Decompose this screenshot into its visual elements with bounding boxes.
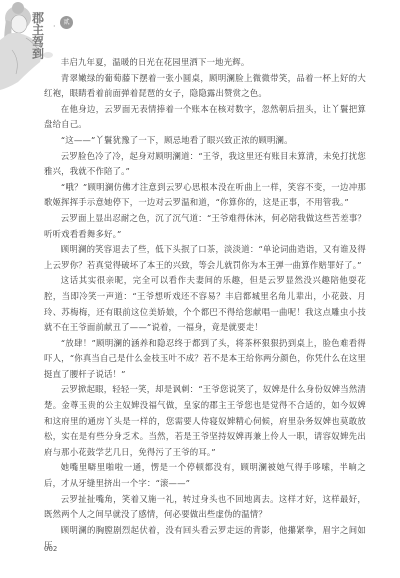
body-text: 丰启九年夏，温暖的日光在花园里洒下一地光辉。 青翠嫩绿的葡萄藤下摆着一张小圆桌，…: [44, 55, 366, 554]
paragraph: “哦？”顾明澜仿佛才注意到云罗心思根本没在听曲上一样，笑容不变，一边冲那歌姬挥挥…: [44, 180, 366, 211]
paragraph: 青翠嫩绿的葡萄藤下摆着一张小圆桌，顾明澜脸上微微带笑，品着一杯上好的大红袍，眼睛…: [44, 71, 366, 102]
paragraph: 云罗脸色冷了冷，起身对顾明澜道：“王爷，我这里还有账目未算清，未免打扰您雅兴，我…: [44, 149, 366, 180]
paragraph: 顾明澜的胸膛剧烈起伏着，没有回头看云罗走远的背影，他攥紧拳，眉宇之间如压: [44, 523, 366, 554]
page-number: 002: [44, 545, 57, 553]
paragraph: 这话其实很亲昵，完全可以看作夫妻间的乐趣，但是云罗显然没兴趣陪他耍花腔，当即冷笑…: [44, 273, 366, 335]
paragraph: 顾明澜的笑容退去了些，低下头抿了口茶，淡淡道：“单论词曲造诣，又有谁及得上云罗你…: [44, 242, 366, 273]
paragraph: 她嘴里噼里啪啦一通，愣是一个停顿都没有，顾明澜被她气得手哆嗦，半晌之后，才从牙缝…: [44, 460, 366, 491]
chapter-badge: 贰: [60, 16, 73, 29]
title-separator-dot: ·: [53, 22, 56, 31]
paragraph: “这——”丫鬟犹豫了一下，顾忌地看了眼兴致正浓的顾明澜。: [44, 133, 366, 149]
paragraph: 丰启九年夏，温暖的日光在花园里洒下一地光辉。: [44, 55, 366, 71]
paragraph: 在他身边，云罗面无表情捧着一个账本在核对数字，忽然朝后扭头，让丫鬟把算盘给自己。: [44, 102, 366, 133]
paragraph: 云罗面上显出忍耐之色，沉了沉气道：“王爷难得休沐，何必陪我做这些苦差事？听听戏看…: [44, 211, 366, 242]
paragraph: “放肆！”顾明澜的涵养和隐忍终于都到了头，将茶杯狠狠扔到桌上，脸色难看得吓人，“…: [44, 336, 366, 383]
paragraph: 云罗掀起眼，轻轻一笑，却是讽刺：“王爷您说笑了，奴婢是什么身份奴婢当然清楚。金尊…: [44, 382, 366, 460]
paragraph: 云罗扯扯嘴角，笑着又施一礼，转过身头也不回地离去。这样才好，这样最好，既然两个人…: [44, 492, 366, 523]
book-title-calligraphy: 郡主驾到: [32, 12, 48, 60]
